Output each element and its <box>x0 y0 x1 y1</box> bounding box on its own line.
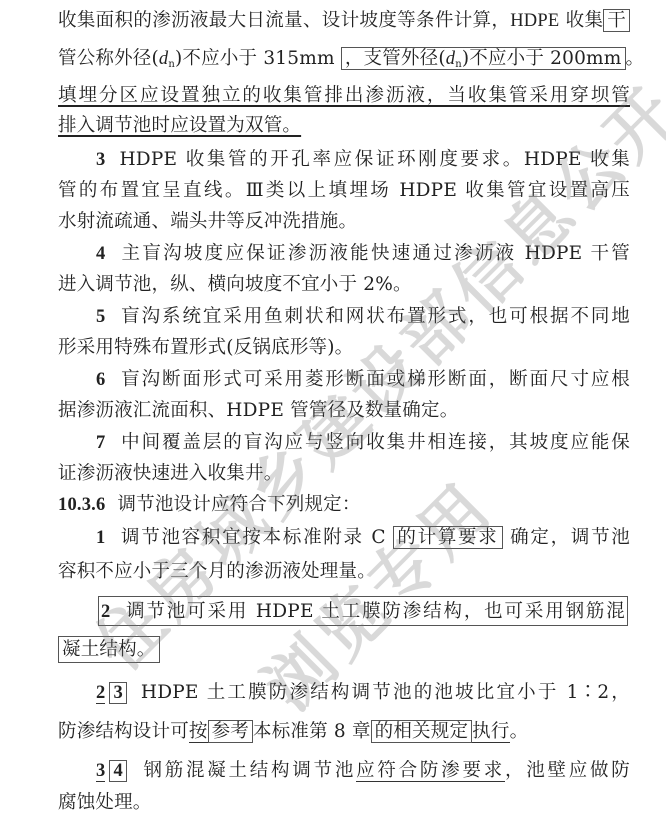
underlined-text: 排入调节池时应设置为双管。 <box>58 115 301 136</box>
text-line: 容积不应小于三个月的渗沥液处理量。 <box>58 559 630 585</box>
text-line: 腐蚀处理。 <box>58 790 630 816</box>
new-item-number: 4 <box>109 760 126 782</box>
old-item-number: 3 <box>96 761 105 782</box>
section-title: 调节池设计应符合下列规定： <box>117 494 360 515</box>
underlined-text: 按 <box>189 721 208 743</box>
revision-box: 凝土结构。 <box>58 636 160 663</box>
text-segment: 钢筋混凝土结构调节池 <box>141 760 356 781</box>
document-page: 收集面积的渗沥液最大日流量、设计坡度等条件计算，HDPE 收集干 管公称外径(d… <box>0 0 666 821</box>
item-number: 6 <box>96 370 105 390</box>
section-number: 10.3.6 <box>58 495 105 515</box>
text-segment: 腐蚀处理。 <box>58 792 152 813</box>
text-segment: HDPE 土工膜防渗结构调节池的池坡比宜小于 1∶2， <box>141 682 630 703</box>
text-line: 管公称外径(dn)不应小于 315mm ，支管外径(dn)不应小于 200mm。 <box>58 46 630 72</box>
text-line: 防渗结构设计可按参考本标准第 8 章的相关规定执行。 <box>58 719 630 745</box>
list-item-5: 5盲沟系统宜采用鱼刺状和网状布置形式，也可根据不同地 <box>96 304 630 330</box>
text-segment: 调节池容积宜按本标准附录 C <box>119 527 393 548</box>
text-segment: 确定，调节池 <box>503 527 630 548</box>
text-segment: 收集面积的渗沥液最大日流量、设计坡度等条件计算， <box>58 10 510 31</box>
text-segment: 形采用特殊布置形式(反锅底形等)。 <box>58 337 353 358</box>
list-item-3-renumbered: 23HDPE 土工膜防渗结构调节池的池坡比宜小于 1∶2， <box>96 680 630 706</box>
text-segment: ，支管外径( <box>345 48 446 69</box>
item-number: 2 <box>101 602 110 622</box>
text-segment: 据渗沥液汇流面积、HDPE 管管径及数量确定。 <box>58 400 458 421</box>
list-item-4: 4主盲沟坡度应保证渗沥液能快速通过渗沥液 HDPE 干管 <box>96 241 630 267</box>
text-segment: 中间覆盖层的盲沟应与竖向收集井相连接，其坡度应能保 <box>119 432 630 453</box>
text-segment: 。 <box>510 721 529 742</box>
list-item-1: 1调节池容积宜按本标准附录 C 的计算要求 确定，调节池 <box>96 525 630 551</box>
text-segment: 调节池可采用 HDPE 土工膜防渗结构，也可采用钢筋混 <box>124 601 625 622</box>
text-segment: 收集 <box>559 10 603 31</box>
text-segment: 本标准第 8 章 <box>253 721 371 742</box>
text-line: 填埋分区应设置独立的收集管排出渗沥液，当收集管采用穿坝管 <box>58 83 630 109</box>
text-segment: 。 <box>626 48 645 69</box>
text-segment: 管的布置宜呈直线。Ⅲ类以上填埋场 HDPE 收集管宜设置高压 <box>58 180 630 201</box>
symbol-d: d <box>159 49 168 69</box>
list-item-7: 7中间覆盖层的盲沟应与竖向收集井相连接，其坡度应能保 <box>96 430 630 456</box>
text-segment: HDPE 收集管的开孔率应保证环刚度要求。HDPE 收集 <box>119 149 630 170</box>
text-segment: 水射流疏通、端头井等反冲洗措施。 <box>58 211 357 232</box>
item-number: 3 <box>96 150 105 170</box>
text-segment: 盲沟系统宜采用鱼刺状和网状布置形式，也可根据不同地 <box>119 306 630 327</box>
text-segment: )不应小于 315mm <box>175 48 335 69</box>
text-segment: 证渗沥液快速进入收集井。 <box>58 463 282 484</box>
text-line: 形采用特殊布置形式(反锅底形等)。 <box>58 335 630 361</box>
revision-box: 的相关规定 <box>371 720 473 743</box>
underlined-text: 执行 <box>472 721 509 743</box>
text-segment: )不应小于 200mm <box>462 48 622 69</box>
text-segment: 盲沟断面形式可采用菱形断面或梯形断面，断面尺寸应根 <box>119 369 630 390</box>
list-item-3: 3HDPE 收集管的开孔率应保证环刚度要求。HDPE 收集 <box>96 147 630 173</box>
section-heading: 10.3.6调节池设计应符合下列规定： <box>58 492 630 518</box>
underlined-text: 填埋分区应设置独立的收集管排出渗沥液，当收集管采用穿坝管 <box>58 85 630 106</box>
new-item-number: 3 <box>109 682 126 704</box>
text-line: 排入调节池时应设置为双管。 <box>58 113 630 139</box>
list-item-2-inserted: 2调节池可采用 HDPE 土工膜防渗结构，也可采用钢筋混 <box>98 596 628 626</box>
text-segment: ，池壁应做防 <box>505 760 630 781</box>
text-segment: 管公称外径( <box>58 48 159 69</box>
old-item-number: 2 <box>96 683 105 704</box>
text-segment: 防渗结构设计可 <box>58 721 189 742</box>
text-line: 管的布置宜呈直线。Ⅲ类以上填埋场 HDPE 收集管宜设置高压 <box>58 178 630 204</box>
text-line: 凝土结构。 <box>58 637 160 663</box>
text-segment: 主盲沟坡度应保证渗沥液能快速通过渗沥液 HDPE 干管 <box>119 243 630 264</box>
text-line: 据渗沥液汇流面积、HDPE 管管径及数量确定。 <box>58 398 630 424</box>
text-segment: HDPE <box>510 11 559 31</box>
revision-box: ，支管外径(dn)不应小于 200mm <box>341 47 626 70</box>
subscript-n: n <box>455 59 462 70</box>
list-item-6: 6盲沟断面形式可采用菱形断面或梯形断面，断面尺寸应根 <box>96 367 630 393</box>
text-line: 水射流疏通、端头井等反冲洗措施。 <box>58 209 630 235</box>
revision-box: 的计算要求 <box>393 526 502 549</box>
item-number: 7 <box>96 433 105 453</box>
text-line: 收集面积的渗沥液最大日流量、设计坡度等条件计算，HDPE 收集干 <box>58 8 630 34</box>
list-item-4-renumbered: 34钢筋混凝土结构调节池应符合防渗要求，池壁应做防 <box>96 758 630 784</box>
revision-box: 干 <box>603 9 630 32</box>
item-number: 1 <box>96 528 105 548</box>
symbol-d: d <box>446 49 455 69</box>
text-segment: 容积不应小于三个月的渗沥液处理量。 <box>58 561 376 582</box>
item-number: 4 <box>96 244 105 264</box>
text-segment: 进入调节池，纵、横向坡度不宜小于 2%。 <box>58 274 412 295</box>
underlined-text: 应符合防渗要求 <box>356 760 505 782</box>
text-line: 进入调节池，纵、横向坡度不宜小于 2%。 <box>58 272 630 298</box>
item-number: 5 <box>96 307 105 327</box>
revision-box: 参考 <box>208 720 253 743</box>
text-line: 证渗沥液快速进入收集井。 <box>58 461 630 487</box>
